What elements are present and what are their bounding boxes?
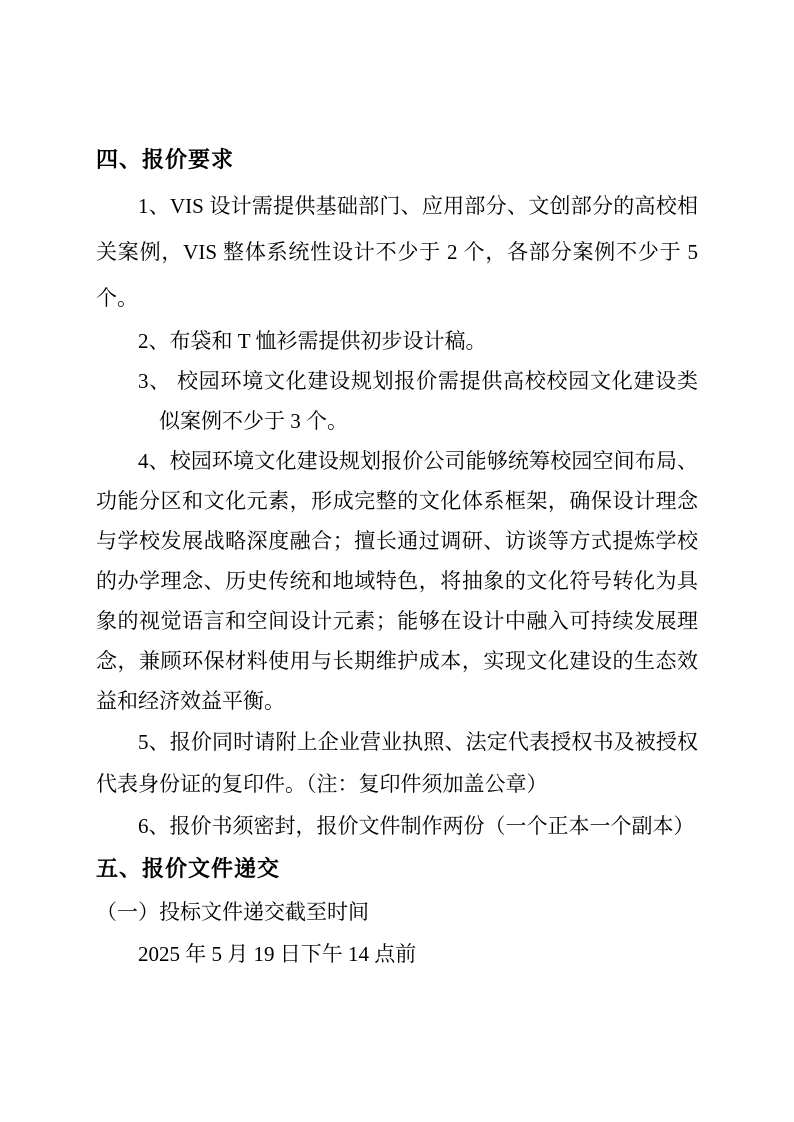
submission-deadline-value: 2025 年 5 月 19 日下午 14 点前	[96, 933, 698, 975]
requirement-item-1: 1、VIS 设计需提供基础部门、应用部分、文创部分的高校相关案例，VIS 整体系…	[96, 183, 698, 321]
submission-deadline-label: （一）投标文件递交截至时间	[96, 891, 698, 933]
requirement-item-2: 2、布袋和 T 恤衫需提供初步设计稿。	[96, 321, 698, 361]
requirement-item-3: 3、 校园环境文化建设规划报价需提供高校校园文化建设类似案例不少于 3 个。	[96, 361, 698, 441]
requirement-item-4: 4、校园环境文化建设规划报价公司能够统筹校园空间布局、功能分区和文化元素，形成完…	[96, 441, 698, 721]
document-page: 四、报价要求 1、VIS 设计需提供基础部门、应用部分、文创部分的高校相关案例，…	[0, 0, 794, 1122]
section-5-heading: 五、报价文件递交	[96, 847, 698, 891]
section-4-heading: 四、报价要求	[96, 137, 698, 183]
requirement-item-5: 5、报价同时请附上企业营业执照、法定代表授权书及被授权代表身份证的复印件。（注：…	[96, 721, 698, 805]
requirement-item-6: 6、报价书须密封，报价文件制作两份（一个正本一个副本）	[96, 805, 698, 847]
